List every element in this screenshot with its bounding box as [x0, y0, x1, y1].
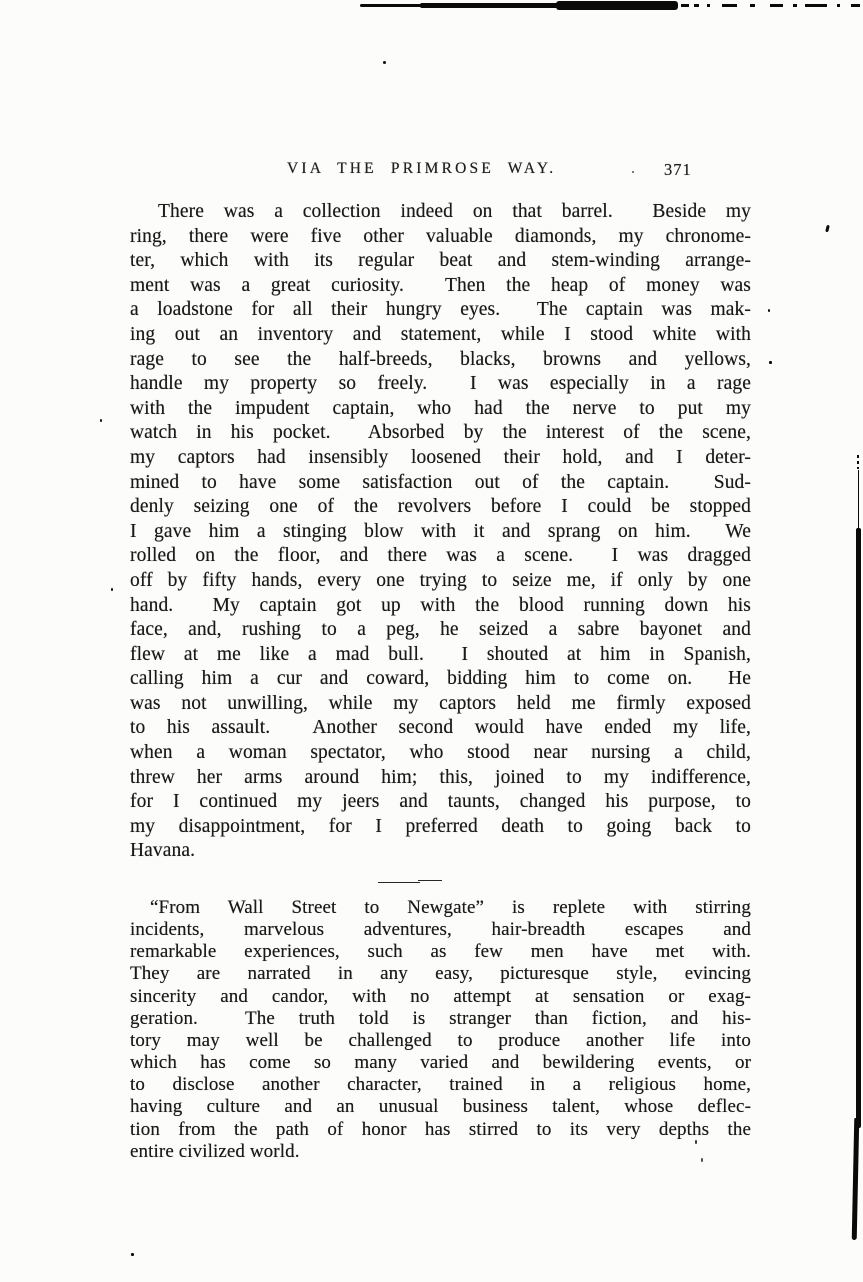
text-line: tion from the path of honor has stirred … — [130, 1119, 751, 1141]
text-line: when a woman spectator, who stood near n… — [130, 741, 751, 766]
running-header: VIA THE PRIMROSE WAY. 371 — [130, 160, 751, 182]
text-line: There was a collection indeed on that ba… — [130, 200, 751, 225]
section-divider — [130, 878, 751, 884]
text-line: ment was a great curiosity. Then the hea… — [130, 274, 751, 299]
divider-segment — [378, 882, 420, 884]
text-line: geration. The truth told is stranger tha… — [130, 1008, 751, 1030]
text-line: tory may well be challenged to produce a… — [130, 1030, 751, 1052]
scan-artifact-speck — [825, 225, 829, 232]
text-line: face, and, rushing to a peg, he seized a… — [130, 618, 751, 643]
text-line: remarkable experiences, such as few men … — [130, 941, 751, 963]
text-line: mined to have some satisfaction out of t… — [130, 471, 751, 496]
scan-artifact-speck — [100, 419, 102, 422]
scan-artifact-right-edge-line — [852, 1118, 859, 1240]
text-line: my disappointment, for I preferred death… — [130, 815, 751, 840]
scan-artifact-dash — [694, 4, 699, 7]
text-line: my captors had insensibly loosened their… — [130, 446, 751, 471]
text-line: handle my property so freely. I was espe… — [130, 372, 751, 397]
text-line: which has come so many varied and bewild… — [130, 1052, 751, 1074]
scan-artifact-dash — [805, 4, 827, 8]
scan-artifact-dash — [793, 4, 797, 7]
text-line: ter, which with its regular beat and ste… — [130, 249, 751, 274]
text-line: rolled on the floor, and there was a sce… — [130, 544, 751, 569]
text-line: for I continued my jeers and taunts, cha… — [130, 790, 751, 815]
scan-artifact-speck — [131, 1253, 134, 1256]
text-line: denly seizing one of the revolvers befor… — [130, 495, 751, 520]
scan-artifact-right-edge-line — [857, 455, 859, 469]
paragraph-review: “From Wall Street to Newgate” is replete… — [130, 897, 751, 1163]
scan-artifact-speck — [111, 588, 113, 591]
text-line: to disclose another character, trained i… — [130, 1074, 751, 1096]
scan-artifact-dash — [837, 4, 840, 7]
scan-artifact-dash — [750, 4, 755, 7]
book-page: VIA THE PRIMROSE WAY. 371 There was a co… — [0, 0, 863, 1282]
text-line: threw her arms around him; this, joined … — [130, 766, 751, 791]
text-line: entire civilized world. — [130, 1141, 751, 1163]
scan-artifact-dash — [722, 4, 737, 8]
text-line: ring, there were five other valuable dia… — [130, 225, 751, 250]
text-line: watch in his pocket. Absorbed by the int… — [130, 421, 751, 446]
page-number: 371 — [664, 160, 692, 180]
scan-artifact-dash — [770, 4, 783, 7]
scan-artifact-dash — [851, 4, 860, 7]
scan-artifact-speck — [769, 361, 772, 364]
scan-artifact-speck — [768, 309, 770, 312]
text-line: calling him a cur and coward, bidding hi… — [130, 667, 751, 692]
divider-segment — [418, 880, 442, 882]
text-line: was not unwilling, while my captors held… — [130, 692, 751, 717]
text-line: a loadstone for all their hungry eyes. T… — [130, 298, 751, 323]
scan-artifact-dash — [681, 4, 689, 7]
text-line: off by fifty hands, every one trying to … — [130, 569, 751, 594]
text-line: Havana. — [130, 839, 751, 864]
text-line: They are narrated in any easy, picturesq… — [130, 963, 751, 985]
scan-artifact-right-edge-line — [858, 470, 860, 528]
text-line: hand. My captain got up with the blood r… — [130, 594, 751, 619]
text-line: to his assault. Another second would hav… — [130, 716, 751, 741]
paragraph-narrative: There was a collection indeed on that ba… — [130, 200, 751, 864]
text-line: having culture and an unusual business t… — [130, 1096, 751, 1118]
text-line: I gave him a stinging blow with it and s… — [130, 520, 751, 545]
scan-artifact-top-streak — [556, 1, 678, 10]
text-line: rage to see the half-breeds, blacks, bro… — [130, 348, 751, 373]
scan-artifact-right-edge-line — [856, 528, 861, 1128]
scan-artifact-speck — [383, 61, 386, 64]
text-line: ing out an inventory and statement, whil… — [130, 323, 751, 348]
text-line: flew at me like a mad bull. I shouted at… — [130, 643, 751, 668]
text-line: “From Wall Street to Newgate” is replete… — [130, 897, 751, 919]
text-line: incidents, marvelous adventures, hair-br… — [130, 919, 751, 941]
text-line: sincerity and candor, with no attempt at… — [130, 986, 751, 1008]
scan-artifact-dash — [707, 4, 710, 7]
running-header-title: VIA THE PRIMROSE WAY. — [287, 160, 556, 178]
text-line: with the impudent captain, who had the n… — [130, 397, 751, 422]
